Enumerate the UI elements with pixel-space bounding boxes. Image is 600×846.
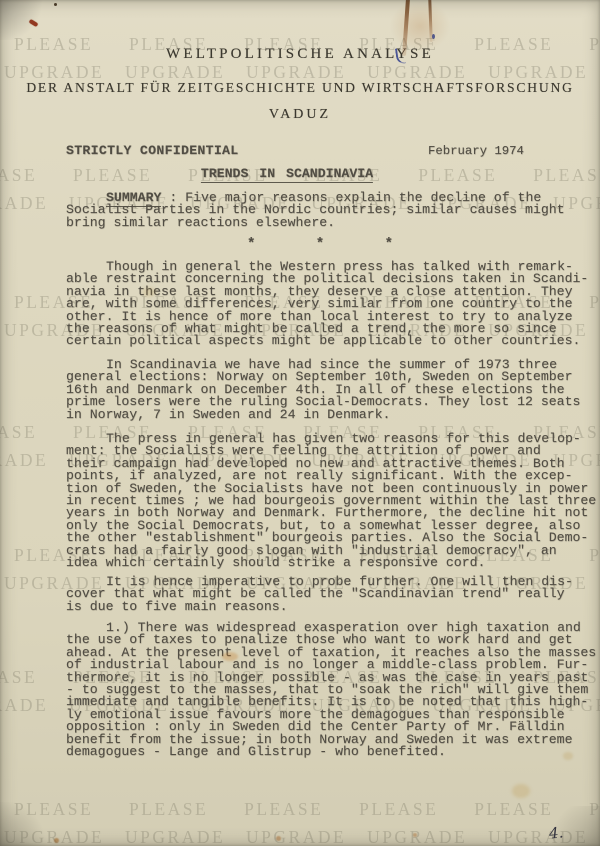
corner-shadow <box>0 0 46 40</box>
foxing-dot <box>276 836 281 841</box>
letterhead-city: VADUZ <box>0 107 600 123</box>
classification-label: STRICTLY CONFIDENTIAL <box>66 145 239 157</box>
corner-shadow <box>0 802 50 846</box>
rust-streak-right <box>428 0 433 42</box>
document-title: TRENDS IN SCANDINAVIA <box>201 168 373 180</box>
watermark-row: UPGRADE UPGRADE UPGRADE UPGRADE UPGRADE … <box>4 827 600 846</box>
rust-halo-stain <box>390 0 450 52</box>
blue-ink-dot <box>432 34 435 39</box>
paragraph-1: Though in general the Western press has … <box>66 261 598 348</box>
page-number-handwritten: 4. <box>548 823 564 842</box>
foxing-dot <box>413 833 417 837</box>
section-separator: * * * <box>247 238 394 250</box>
foxing-dot <box>54 838 59 843</box>
date-label: February 1974 <box>428 145 524 157</box>
letterhead-org-line2: DER ANSTALT FÜR ZEITGESCHICHTE UND WIRTS… <box>0 80 600 96</box>
dark-speck <box>54 3 57 6</box>
foxing-spot <box>512 784 530 798</box>
document-title-text: TRENDS IN SCANDINAVIA <box>201 166 373 183</box>
summary-body: Socialist Parties in the Nordic countrie… <box>66 204 598 229</box>
paragraph-3: The press in general has given two reaso… <box>66 433 598 569</box>
letterhead-org-line1: WELTPOLITISCHE ANALYSE <box>0 46 600 63</box>
document-page: PLEASE PLEASE PLEASE PLEASE PLEASE PLEAS… <box>0 0 600 846</box>
red-stain <box>29 19 39 27</box>
summary-paragraph: SUMMARY : Five major reasons explain the… <box>66 192 598 229</box>
paragraph-2: In Scandinavia we have had since the sum… <box>66 359 598 421</box>
paragraph-5: 1.) There was widespread exasperation ov… <box>66 622 598 758</box>
watermark-row: PLEASE PLEASE PLEASE PLEASE PLEASE PLEAS… <box>14 799 600 820</box>
paragraph-4: It is hence imperative to probe further.… <box>66 576 598 613</box>
